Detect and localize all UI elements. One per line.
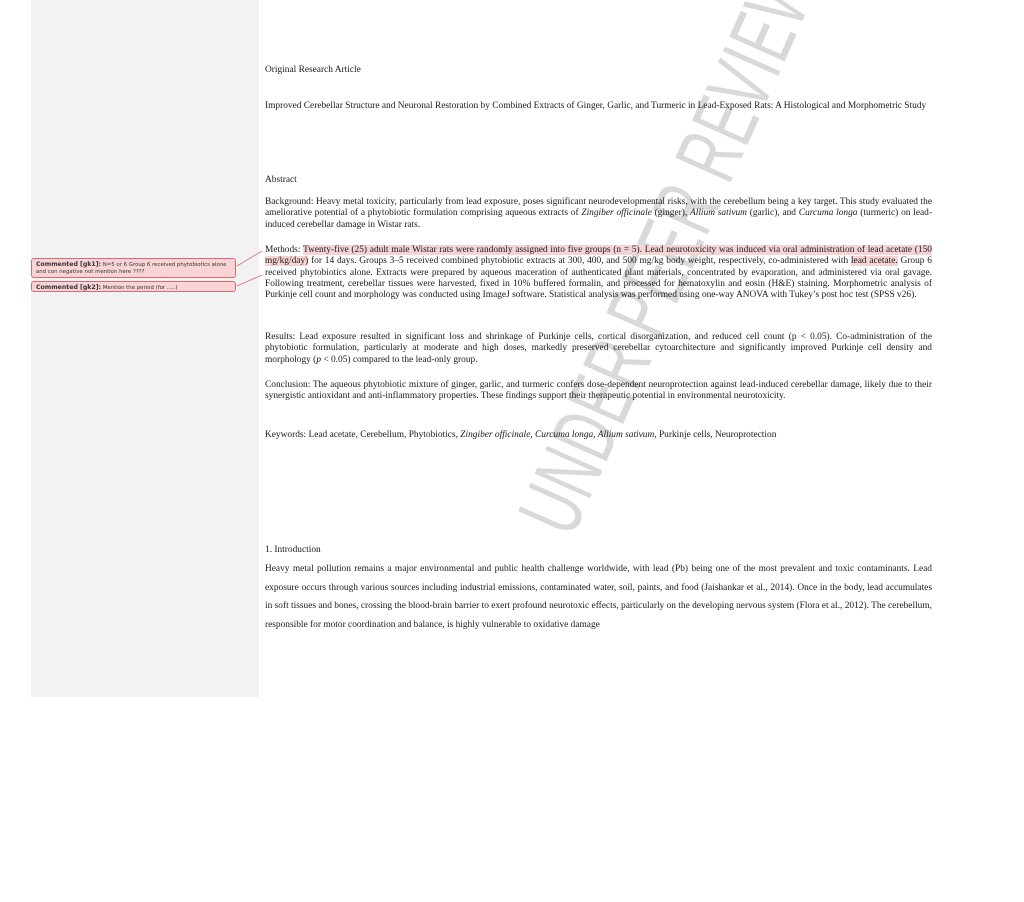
section-heading-introduction: 1. Introduction xyxy=(265,545,932,556)
abstract-background: Background: Heavy metal toxicity, partic… xyxy=(265,197,932,231)
abstract-heading: Abstract xyxy=(265,175,932,186)
comment-gk1[interactable]: Commented [gk1]: N=5 or 6 Group 6 receiv… xyxy=(31,258,236,278)
comment-gk2[interactable]: Commented [gk2]: Mention the period (for… xyxy=(31,281,236,292)
comment-text: Mention the period (for .....) xyxy=(103,285,178,291)
abstract-methods: Methods: Twenty-five (25) adult male Wis… xyxy=(265,245,932,301)
comment-author-label: Commented [gk1]: xyxy=(36,261,101,268)
comment-margin-pane xyxy=(31,0,259,697)
abstract-results: Results: Lead exposure resulted in signi… xyxy=(265,332,932,366)
comment-author-label: Commented [gk2]: xyxy=(36,284,101,291)
comment-anchor-gk2[interactable]: lead acetate. xyxy=(851,256,898,266)
abstract-conclusion: Conclusion: The aqueous phytobiotic mixt… xyxy=(265,380,932,403)
article-title: Improved Cerebellar Structure and Neuron… xyxy=(265,97,932,116)
introduction-paragraph: Heavy metal pollution remains a major en… xyxy=(265,560,932,634)
keywords: Keywords: Lead acetate, Cerebellum, Phyt… xyxy=(265,430,932,441)
article-type: Original Research Article xyxy=(265,65,932,76)
